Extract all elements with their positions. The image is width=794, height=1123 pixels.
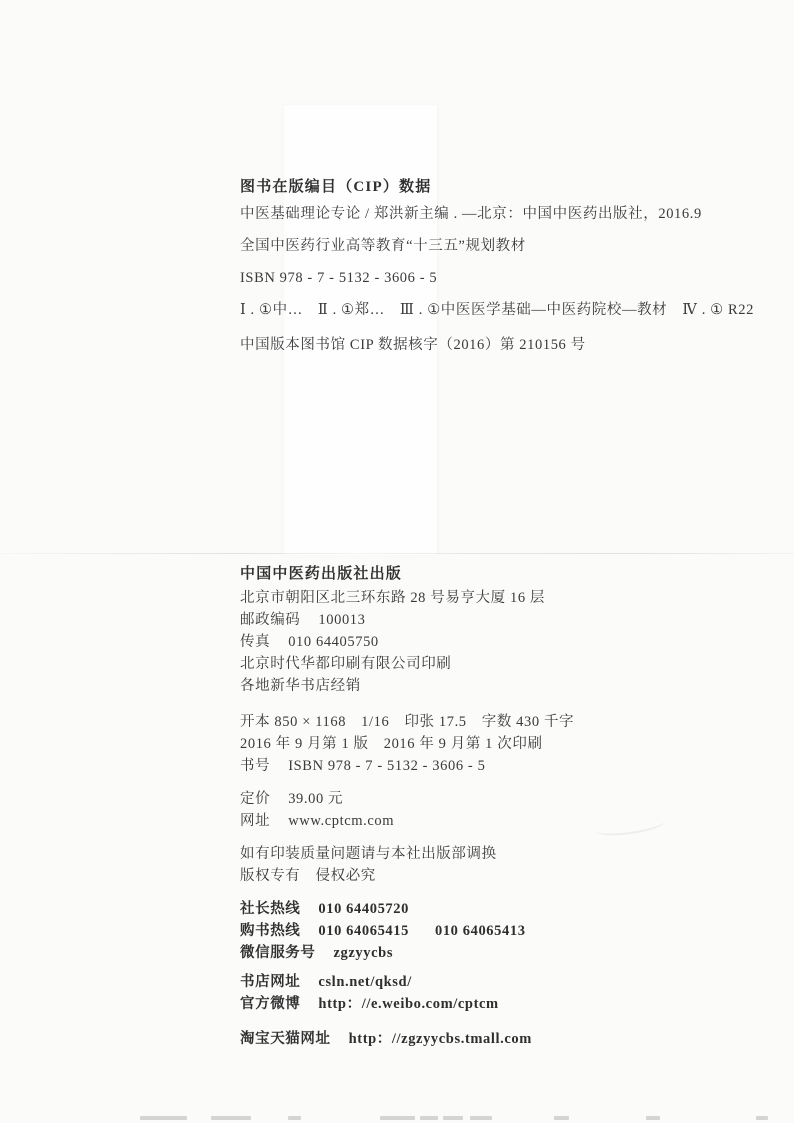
purchase-hotline-line: 购书热线010 64065415010 64065413 xyxy=(240,923,526,940)
purchase-hotline-label: 购书热线 xyxy=(240,923,300,939)
purchase-hotline-number-1: 010 64065415 xyxy=(318,923,409,939)
edition-format-line: 开本 850 × 1168 1/16 印张 17.5 字数 430 千字 xyxy=(240,714,574,731)
scanned-copyright-page: 图书在版编目（CIP）数据 中医基础理论专论 / 郑洪新主编 . —北京：中国中… xyxy=(0,0,794,1123)
publisher-printer: 北京时代华都印刷有限公司印刷 xyxy=(240,656,451,673)
weibo-label: 官方微博 xyxy=(240,996,300,1012)
scan-smudge-mark xyxy=(594,813,666,839)
weibo-url-line: 官方微博http：//e.weibo.com/cptcm xyxy=(240,996,499,1013)
weibo-url: http：//e.weibo.com/cptcm xyxy=(318,996,498,1012)
edition-printing-line: 2016 年 9 月第 1 版 2016 年 9 月第 1 次印刷 xyxy=(240,736,543,753)
cip-record-line: 中国版本图书馆 CIP 数据核字（2016）第 210156 号 xyxy=(240,337,586,354)
cip-heading: 图书在版编目（CIP）数据 xyxy=(240,179,431,196)
scan-bottom-smudge xyxy=(443,1116,463,1120)
publisher-distribution: 各地新华书店经销 xyxy=(240,678,361,695)
cip-series-line: 全国中医药行业高等教育“十三五”规划教材 xyxy=(240,238,526,255)
fax-number: 010 64405750 xyxy=(288,634,379,650)
website-line: 网址www.cptcm.com xyxy=(240,813,394,830)
cip-title-line: 中医基础理论专论 / 郑洪新主编 . —北京：中国中医药出版社，2016.9 xyxy=(240,206,702,223)
postal-label: 邮政编码 xyxy=(240,612,300,628)
price-line: 定价39.00 元 xyxy=(240,791,343,808)
bookstore-label: 书店网址 xyxy=(240,974,300,990)
scan-sheet-edge xyxy=(0,553,794,554)
scan-bottom-smudge xyxy=(554,1116,569,1120)
bookstore-url: csln.net/qksd/ xyxy=(318,974,411,990)
wechat-line: 微信服务号zgzyycbs xyxy=(240,945,393,962)
director-hotline-line: 社长热线010 64405720 xyxy=(240,901,409,918)
scan-bottom-smudge xyxy=(470,1116,492,1120)
edition-book-number-line: 书号ISBN 978 - 7 - 5132 - 3606 - 5 xyxy=(240,758,485,775)
purchase-hotline-number-2: 010 64065413 xyxy=(435,923,526,939)
taobao-url: http：//zgzyycbs.tmall.com xyxy=(349,1031,532,1047)
cip-isbn-line: ISBN 978 - 7 - 5132 - 3606 - 5 xyxy=(240,270,437,287)
book-number: ISBN 978 - 7 - 5132 - 3606 - 5 xyxy=(288,758,485,774)
scan-bottom-smudge xyxy=(211,1116,251,1120)
cip-classification-line: Ⅰ . ①中… Ⅱ . ①郑… Ⅲ . ①中医医学基础—中医药院校—教材 Ⅳ .… xyxy=(240,302,754,319)
wechat-label: 微信服务号 xyxy=(240,945,316,961)
price-value: 39.00 元 xyxy=(288,791,343,807)
director-hotline-label: 社长热线 xyxy=(240,901,300,917)
publisher-postal-line: 邮政编码100013 xyxy=(240,612,366,629)
website-value: www.cptcm.com xyxy=(288,813,394,829)
taobao-label: 淘宝天猫网址 xyxy=(240,1031,331,1047)
website-label: 网址 xyxy=(240,813,270,829)
quality-notice: 如有印装质量问题请与本社出版部调换 xyxy=(240,846,497,863)
scan-bottom-smudge xyxy=(420,1116,438,1120)
book-number-label: 书号 xyxy=(240,758,270,774)
director-hotline-number: 010 64405720 xyxy=(318,901,409,917)
scan-bottom-smudge xyxy=(288,1116,301,1120)
publisher-address: 北京市朝阳区北三环东路 28 号易亨大厦 16 层 xyxy=(240,590,545,607)
taobao-url-line: 淘宝天猫网址http：//zgzyycbs.tmall.com xyxy=(240,1031,532,1048)
scan-bottom-smudge xyxy=(140,1116,187,1120)
price-label: 定价 xyxy=(240,791,270,807)
scan-bottom-smudge xyxy=(380,1116,415,1120)
scan-bottom-smudge xyxy=(756,1116,768,1120)
copyright-notice: 版权专有 侵权必究 xyxy=(240,868,376,885)
wechat-id: zgzyycbs xyxy=(334,945,394,961)
postal-code: 100013 xyxy=(318,612,365,628)
publisher-name: 中国中医药出版社出版 xyxy=(240,566,402,583)
publisher-fax-line: 传真010 64405750 xyxy=(240,634,379,651)
scan-overlay-sheet xyxy=(283,104,438,555)
scan-bottom-smudge xyxy=(646,1116,660,1120)
bookstore-url-line: 书店网址csln.net/qksd/ xyxy=(240,974,412,991)
fax-label: 传真 xyxy=(240,634,270,650)
